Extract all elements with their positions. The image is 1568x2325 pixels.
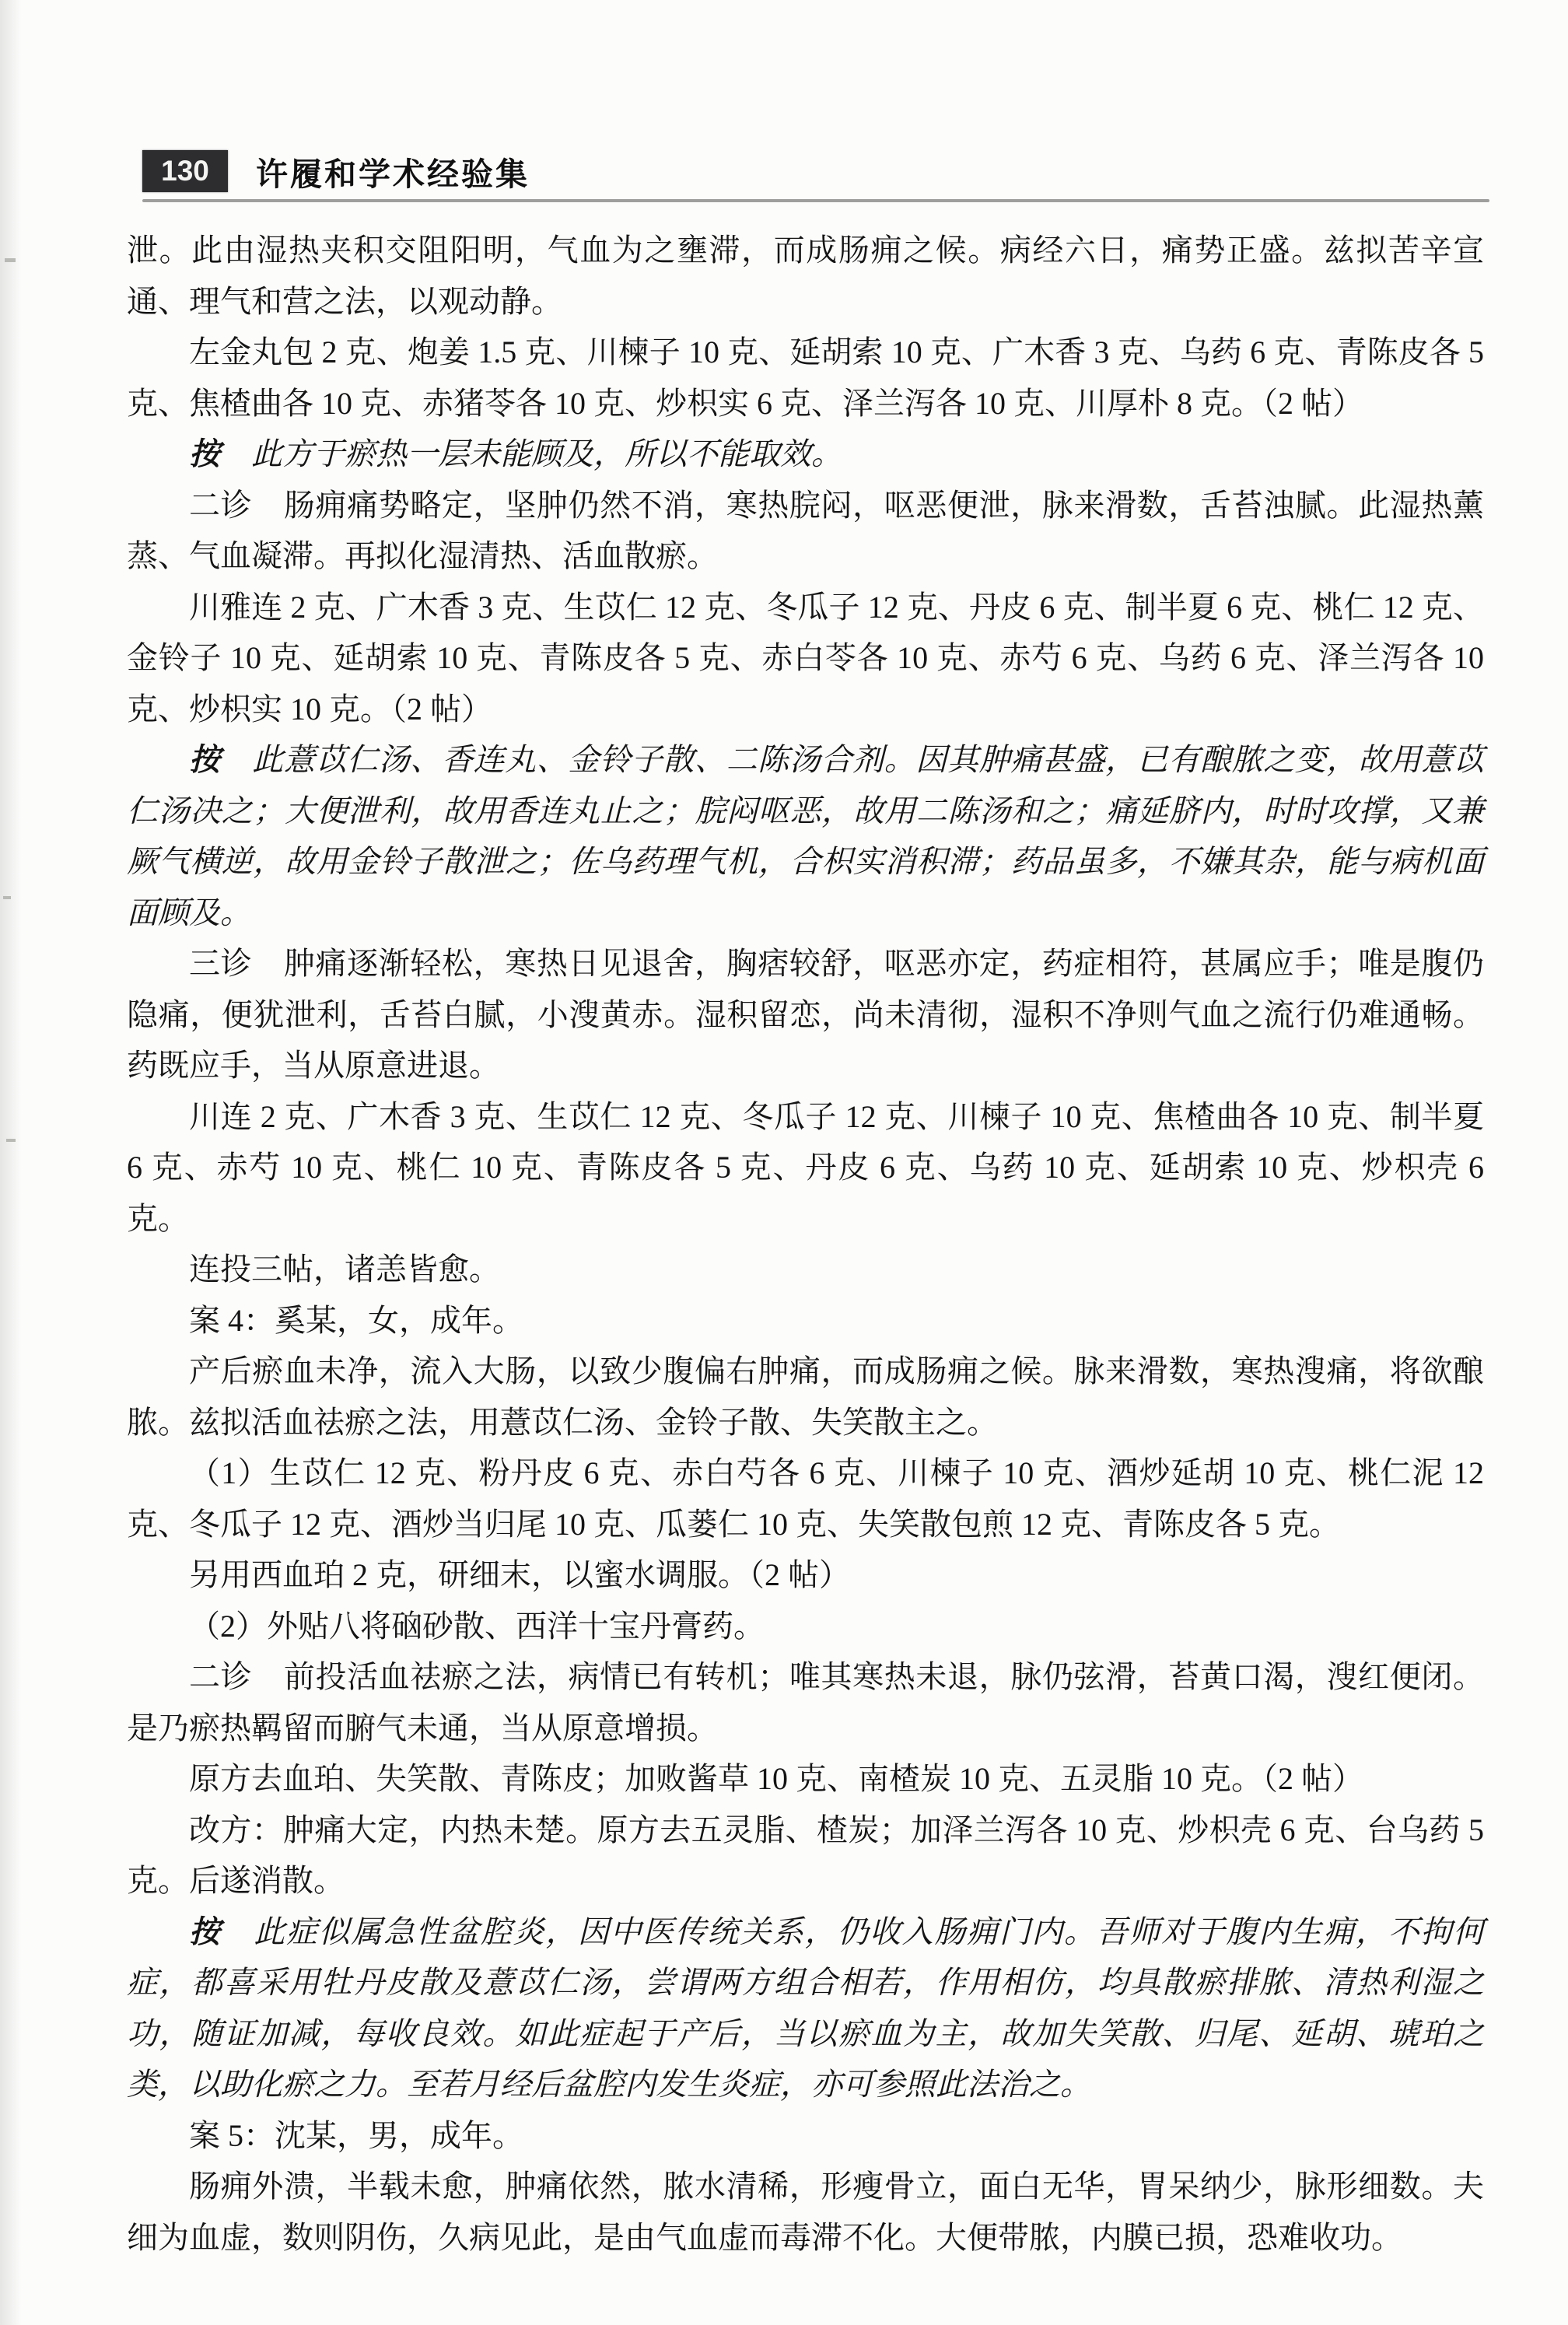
note-label: 按 [189,436,220,471]
note-label: 按 [189,1914,222,1949]
book-title: 许履和学术经验集 [256,149,530,194]
paragraph: 改方：肿痛大定，内热未楚。原方去五灵脂、楂炭；加泽兰泻各 10 克、炒枳壳 6 … [127,1805,1484,1907]
paragraph-note: 按 此症似属急性盆腔炎，因中医传统关系，仍收入肠痈门内。吾师对于腹内生痈，不拘何… [127,1907,1484,2110]
paragraph-text: （2）外贴八将硇砂散、西洋十宝丹膏药。 [189,1609,765,1644]
paragraph-text: 此薏苡仁汤、香连丸、金铃子散、二陈汤合剂。因其肿痛甚盛，已有酿脓之变，故用薏苡仁… [127,742,1484,930]
paragraph: 另用西血珀 2 克，研细末，以蜜水调服。（2 帖） [127,1549,1484,1601]
note-label: 按 [189,742,221,777]
paragraph-text: 二诊 前投活血祛瘀之法，病情已有转机；唯其寒热未退，脉仍弦滑，苔黄口渴，溲红便闭… [127,1659,1484,1746]
paragraph-text: 川雅连 2 克、广木香 3 克、生苡仁 12 克、冬瓜子 12 克、丹皮 6 克… [127,590,1484,727]
paragraph-text: 此方于瘀热一层未能顾及，所以不能取效。 [220,436,842,471]
paragraph-text: 另用西血珀 2 克，研细末，以蜜水调服。（2 帖） [189,1557,850,1592]
paragraph: （1）生苡仁 12 克、粉丹皮 6 克、赤白芍各 6 克、川楝子 10 克、酒炒… [127,1448,1484,1549]
paragraph-text: 连投三帖，诸恙皆愈。 [189,1252,500,1287]
paragraph: （2）外贴八将硇砂散、西洋十宝丹膏药。 [127,1601,1484,1652]
paragraph: 二诊 肠痈痛势略定，坚肿仍然不消，寒热脘闷，呕恶便泄，脉来滑数，舌苔浊腻。此湿热… [127,480,1484,582]
paragraph-text: 产后瘀血未净，流入大肠，以致少腹偏右肿痛，而成肠痈之候。脉来滑数，寒热溲痛，将欲… [127,1353,1484,1440]
paragraph: 三诊 肿痛逐渐轻松，寒热日见退舍，胸痞较舒，呕恶亦定，药症相符，甚属应手；唯是腹… [127,938,1484,1091]
scan-artifact [5,258,16,262]
paragraph-text: 原方去血珀、失笑散、青陈皮；加败酱草 10 克、南楂炭 10 克、五灵脂 10 … [189,1761,1363,1796]
paragraph: 二诊 前投活血祛瘀之法，病情已有转机；唯其寒热未退，脉仍弦滑，苔黄口渴，溲红便闭… [127,1651,1484,1753]
paragraph: 产后瘀血未净，流入大肠，以致少腹偏右肿痛，而成肠痈之候。脉来滑数，寒热溲痛，将欲… [127,1346,1484,1448]
scan-artifact [3,896,11,899]
paragraph: 原方去血珀、失笑散、青陈皮；加败酱草 10 克、南楂炭 10 克、五灵脂 10 … [127,1753,1484,1805]
header-rule [142,199,1489,202]
body-text: 泄。此由湿热夹积交阻阳明，气血为之壅滞，而成肠痈之候。病经六日，痛势正盛。兹拟苦… [127,225,1484,2263]
paragraph: 泄。此由湿热夹积交阻阳明，气血为之壅滞，而成肠痈之候。病经六日，痛势正盛。兹拟苦… [127,225,1484,327]
paragraph: 左金丸包 2 克、炮姜 1.5 克、川楝子 10 克、延胡索 10 克、广木香 … [127,327,1484,429]
paragraph: 川连 2 克、广木香 3 克、生苡仁 12 克、冬瓜子 12 克、川楝子 10 … [127,1091,1484,1245]
paragraph-note: 按 此方于瘀热一层未能顾及，所以不能取效。 [127,429,1484,480]
paragraph-text: 左金丸包 2 克、炮姜 1.5 克、川楝子 10 克、延胡索 10 克、广木香 … [127,334,1484,421]
paragraph: 肠痈外溃，半载未愈，肿痛依然，脓水清稀，形瘦骨立，面白无华，胃呆纳少，脉形细数。… [127,2161,1484,2263]
paragraph-text: 泄。此由湿热夹积交阻阳明，气血为之壅滞，而成肠痈之候。病经六日，痛势正盛。兹拟苦… [127,233,1484,319]
paragraph-text: （1）生苡仁 12 克、粉丹皮 6 克、赤白芍各 6 克、川楝子 10 克、酒炒… [127,1455,1484,1542]
paragraph: 案 4：奚某，女，成年。 [127,1295,1484,1346]
paragraph-text: 改方：肿痛大定，内热未楚。原方去五灵脂、楂炭；加泽兰泻各 10 克、炒枳壳 6 … [127,1812,1484,1899]
paragraph-text: 肠痈外溃，半载未愈，肿痛依然，脓水清稀，形瘦骨立，面白无华，胃呆纳少，脉形细数。… [127,2169,1484,2255]
paragraph-text: 案 5：沈某，男，成年。 [189,2118,523,2153]
paragraph: 川雅连 2 克、广木香 3 克、生苡仁 12 克、冬瓜子 12 克、丹皮 6 克… [127,582,1484,735]
paragraph: 连投三帖，诸恙皆愈。 [127,1244,1484,1295]
paragraph: 案 5：沈某，男，成年。 [127,2110,1484,2162]
paragraph-text: 川连 2 克、广木香 3 克、生苡仁 12 克、冬瓜子 12 克、川楝子 10 … [127,1099,1484,1236]
scan-artifact [6,1139,16,1142]
paragraph-note: 按 此薏苡仁汤、香连丸、金铃子散、二陈汤合剂。因其肿痛甚盛，已有酿脓之变，故用薏… [127,734,1484,938]
page-header: 130 许履和学术经验集 [142,150,530,192]
paragraph-text: 二诊 肠痈痛势略定，坚肿仍然不消，寒热脘闷，呕恶便泄，脉来滑数，舌苔浊腻。此湿热… [127,488,1484,574]
paragraph-text: 此症似属急性盆腔炎，因中医传统关系，仍收入肠痈门内。吾师对于腹内生痈，不拘何症，… [127,1914,1484,2103]
paragraph-text: 三诊 肿痛逐渐轻松，寒热日见退舍，胸痞较舒，呕恶亦定，药症相符，甚属应手；唯是腹… [127,946,1484,1083]
paragraph-text: 案 4：奚某，女，成年。 [189,1303,523,1338]
page-number-badge: 130 [142,150,228,192]
scan-edge-shadow [0,0,22,2325]
